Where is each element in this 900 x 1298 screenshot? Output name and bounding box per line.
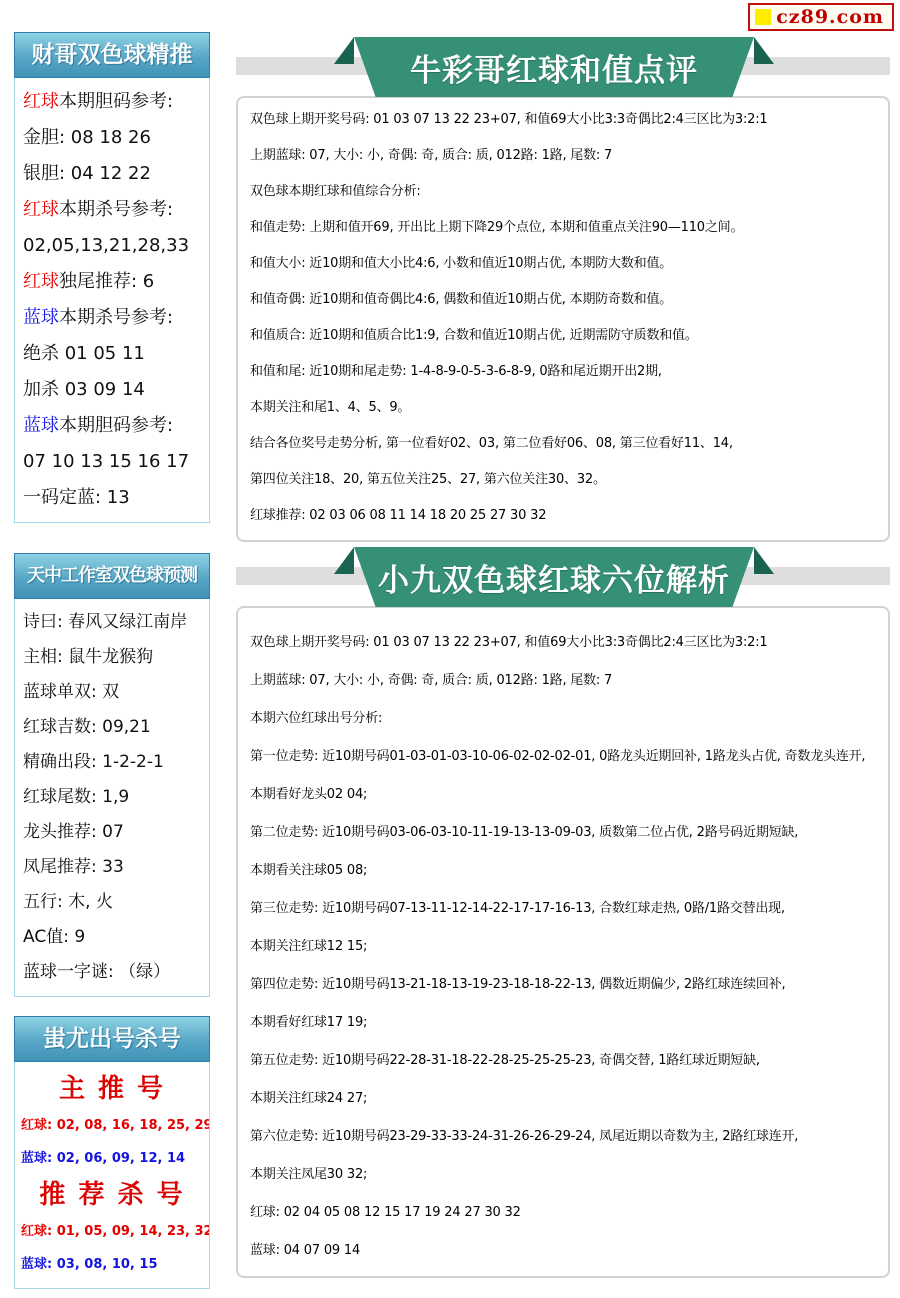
line-text: 加杀 03 09 14 xyxy=(23,379,145,400)
section-content-box: 双色球上期开奖号码: 01 03 07 13 22 23+07, 和值69大小比… xyxy=(236,606,890,1278)
blue-ball-kill-line: 蓝球: 03, 08, 10, 15 xyxy=(19,1248,205,1281)
prediction-line: 一码定蓝: 13 xyxy=(23,480,203,516)
sidebar-box-tianzhong-title: 天中工作室双色球预测 xyxy=(14,553,210,599)
section-title-ribbon: 牛彩哥红球和值点评 xyxy=(354,37,754,97)
prediction-line: 红球吉数: 09,21 xyxy=(23,710,203,745)
ribbon-fold-right-icon xyxy=(754,547,774,574)
analysis-line: 和值大小: 近10期和值大小比4:6, 小数和值近10期占优, 本期防大数和值。 xyxy=(250,246,876,282)
prediction-line: 主相: 鼠牛龙猴狗 xyxy=(23,640,203,675)
blue-ball-numbers: 03, 08, 10, 15 xyxy=(57,1257,158,1272)
analysis-line: 和值质合: 近10期和值质合比1:9, 合数和值近10期占优, 近期需防守质数和… xyxy=(250,318,876,354)
page: cz89.com 财哥双色球精推 红球本期胆码参考: 金胆: 08 18 26 … xyxy=(0,0,900,1298)
analysis-line: 本期关注红球24 27; xyxy=(250,1080,876,1118)
analysis-line: 第四位关注18、20, 第五位关注25、27, 第六位关注30、32。 xyxy=(250,462,876,498)
analysis-line: 结合各位奖号走势分析, 第一位看好02、03, 第二位看好06、08, 第三位看… xyxy=(250,426,876,462)
prediction-line: 加杀 03 09 14 xyxy=(23,372,203,408)
analysis-line: 第五位走势: 近10期号码22-28-31-18-22-28-25-25-25-… xyxy=(250,1042,876,1080)
line-text: 绝杀 01 05 11 xyxy=(23,343,145,364)
prediction-line: 红球独尾推荐: 6 xyxy=(23,264,203,300)
prediction-line: 红球尾数: 1,9 xyxy=(23,780,203,815)
kill-recommend-heading: 推 荐 杀 号 xyxy=(19,1175,205,1215)
prediction-line: 凤尾推荐: 33 xyxy=(23,850,203,885)
ribbon-fold-left-icon xyxy=(334,547,354,574)
analysis-line: 第四位走势: 近10期号码13-21-18-13-19-23-18-18-22-… xyxy=(250,966,876,1004)
line-text: 独尾推荐: 6 xyxy=(59,271,154,292)
line-text: 金胆: 08 18 26 xyxy=(23,127,151,148)
blue-ball-label: 蓝球 xyxy=(23,415,59,436)
line-text: 07 10 13 15 16 17 xyxy=(23,451,189,472)
analysis-line: 第二位走势: 近10期号码03-06-03-10-11-19-13-13-09-… xyxy=(250,814,876,852)
blue-ball-recommend-line: 蓝球: 02, 06, 09, 12, 14 xyxy=(19,1142,205,1175)
prediction-line: 诗曰: 春风又绿江南岸 xyxy=(23,605,203,640)
prediction-line: 银胆: 04 12 22 xyxy=(23,156,203,192)
site-logo[interactable]: cz89.com xyxy=(748,3,894,31)
red-ball-recommend-line: 红球: 02, 08, 16, 18, 25, 29 xyxy=(19,1109,205,1142)
analysis-line: 本期关注和尾1、4、5、9。 xyxy=(250,390,876,426)
section-banner-row: 牛彩哥红球和值点评 xyxy=(236,32,890,102)
sidebar-box-chiyou-title: 蚩尤出号杀号 xyxy=(14,1016,210,1062)
blue-ball-label: 蓝球: xyxy=(21,1151,52,1166)
sidebar-box-caige-title: 财哥双色球精推 xyxy=(14,32,210,78)
prediction-line: 五行: 木, 火 xyxy=(23,885,203,920)
logo-text: cz89.com xyxy=(776,6,884,28)
sidebar-box-chiyou-body: 主 推 号 红球: 02, 08, 16, 18, 25, 29 蓝球: 02,… xyxy=(14,1062,210,1289)
blue-ball-label: 蓝球: xyxy=(21,1257,52,1272)
analysis-line: 和值走势: 上期和值开69, 开出比上期下降29个点位, 本期和值重点关注90—… xyxy=(250,210,876,246)
prediction-line: 蓝球本期杀号参考: xyxy=(23,300,203,336)
prediction-line: 07 10 13 15 16 17 xyxy=(23,444,203,480)
analysis-line: 上期蓝球: 07, 大小: 小, 奇偶: 奇, 质合: 质, 012路: 1路,… xyxy=(250,138,876,174)
ribbon-fold-left-icon xyxy=(334,37,354,64)
sidebar-box-chiyou: 蚩尤出号杀号 主 推 号 红球: 02, 08, 16, 18, 25, 29 … xyxy=(14,1016,210,1289)
line-text: 一码定蓝: 13 xyxy=(23,487,130,508)
line-text: 银胆: 04 12 22 xyxy=(23,163,151,184)
section-niucaige: 牛彩哥红球和值点评 双色球上期开奖号码: 01 03 07 13 22 23+0… xyxy=(236,32,890,542)
line-text: 02,05,13,21,28,33 xyxy=(23,235,189,256)
red-ball-label: 红球: xyxy=(21,1118,52,1133)
main-recommend-heading: 主 推 号 xyxy=(19,1069,205,1109)
analysis-line: 第一位走势: 近10期号码01-03-01-03-10-06-02-02-02-… xyxy=(250,738,876,776)
analysis-line: 双色球上期开奖号码: 01 03 07 13 22 23+07, 和值69大小比… xyxy=(250,102,876,138)
analysis-line: 双色球本期红球和值综合分析: xyxy=(250,174,876,210)
line-text: 本期胆码参考: xyxy=(59,415,173,436)
section-title: 牛彩哥红球和值点评 xyxy=(410,45,698,90)
sidebar-box-caige: 财哥双色球精推 红球本期胆码参考: 金胆: 08 18 26 银胆: 04 12… xyxy=(14,32,210,523)
prediction-line: 绝杀 01 05 11 xyxy=(23,336,203,372)
blue-ball-recommend-line: 蓝球: 04 07 09 14 xyxy=(250,1232,876,1270)
prediction-line: 02,05,13,21,28,33 xyxy=(23,228,203,264)
red-ball-label: 红球: xyxy=(21,1224,52,1239)
analysis-line: 本期看关注球05 08; xyxy=(250,852,876,890)
analysis-line: 双色球上期开奖号码: 01 03 07 13 22 23+07, 和值69大小比… xyxy=(250,624,876,662)
analysis-line: 上期蓝球: 07, 大小: 小, 奇偶: 奇, 质合: 质, 012路: 1路,… xyxy=(250,662,876,700)
ribbon-face: 小九双色球红球六位解析 xyxy=(354,547,754,607)
logo-square-icon xyxy=(755,9,771,25)
prediction-line: 精确出段: 1-2-2-1 xyxy=(23,745,203,780)
section-banner-row: 小九双色球红球六位解析 xyxy=(236,542,890,612)
red-ball-recommend-line: 红球: 02 04 05 08 12 15 17 19 24 27 30 32 xyxy=(250,1194,876,1232)
red-ball-label: 红球 xyxy=(23,199,59,220)
red-ball-label: 红球 xyxy=(23,271,59,292)
analysis-line: 本期六位红球出号分析: xyxy=(250,700,876,738)
prediction-line: 蓝球单双: 双 xyxy=(23,675,203,710)
red-ball-numbers: 01, 05, 09, 14, 23, 32 xyxy=(57,1224,210,1239)
section-content-box: 双色球上期开奖号码: 01 03 07 13 22 23+07, 和值69大小比… xyxy=(236,96,890,542)
ribbon-face: 牛彩哥红球和值点评 xyxy=(354,37,754,97)
line-text: 本期杀号参考: xyxy=(59,199,173,220)
prediction-line: 红球本期胆码参考: xyxy=(23,84,203,120)
analysis-line: 本期看好红球17 19; xyxy=(250,1004,876,1042)
sidebar-box-caige-body: 红球本期胆码参考: 金胆: 08 18 26 银胆: 04 12 22 红球本期… xyxy=(14,78,210,523)
prediction-line: 龙头推荐: 07 xyxy=(23,815,203,850)
analysis-line: 本期关注红球12 15; xyxy=(250,928,876,966)
prediction-line: 蓝球一字谜: （绿） xyxy=(23,955,203,990)
section-xiaojiu: 小九双色球红球六位解析 双色球上期开奖号码: 01 03 07 13 22 23… xyxy=(236,542,890,1278)
prediction-line: AC值: 9 xyxy=(23,920,203,955)
analysis-line: 第三位走势: 近10期号码07-13-11-12-14-22-17-17-16-… xyxy=(250,890,876,928)
analysis-line: 本期看好龙头02 04; xyxy=(250,776,876,814)
analysis-line: 和值和尾: 近10期和尾走势: 1-4-8-9-0-5-3-6-8-9, 0路和… xyxy=(250,354,876,390)
prediction-line: 金胆: 08 18 26 xyxy=(23,120,203,156)
prediction-line: 红球本期杀号参考: xyxy=(23,192,203,228)
analysis-line: 第六位走势: 近10期号码23-29-33-33-24-31-26-26-29-… xyxy=(250,1118,876,1156)
red-ball-recommend-line: 红球推荐: 02 03 06 08 11 14 18 20 25 27 30 3… xyxy=(250,498,876,534)
blue-ball-numbers: 02, 06, 09, 12, 14 xyxy=(57,1151,185,1166)
section-title-ribbon: 小九双色球红球六位解析 xyxy=(354,547,754,607)
red-ball-label: 红球 xyxy=(23,91,59,112)
prediction-line: 蓝球本期胆码参考: xyxy=(23,408,203,444)
analysis-line: 和值奇偶: 近10期和值奇偶比4:6, 偶数和值近10期占优, 本期防奇数和值。 xyxy=(250,282,876,318)
line-text: 本期杀号参考: xyxy=(59,307,173,328)
red-ball-numbers: 02, 08, 16, 18, 25, 29 xyxy=(57,1118,210,1133)
analysis-line: 本期关注凤尾30 32; xyxy=(250,1156,876,1194)
blue-ball-label: 蓝球 xyxy=(23,307,59,328)
red-ball-kill-line: 红球: 01, 05, 09, 14, 23, 32 xyxy=(19,1215,205,1248)
sidebar-box-tianzhong-body: 诗曰: 春风又绿江南岸 主相: 鼠牛龙猴狗 蓝球单双: 双 红球吉数: 09,2… xyxy=(14,599,210,997)
section-title: 小九双色球红球六位解析 xyxy=(378,555,730,600)
line-text: 本期胆码参考: xyxy=(59,91,173,112)
ribbon-fold-right-icon xyxy=(754,37,774,64)
sidebar-box-tianzhong: 天中工作室双色球预测 诗曰: 春风又绿江南岸 主相: 鼠牛龙猴狗 蓝球单双: 双… xyxy=(14,553,210,997)
